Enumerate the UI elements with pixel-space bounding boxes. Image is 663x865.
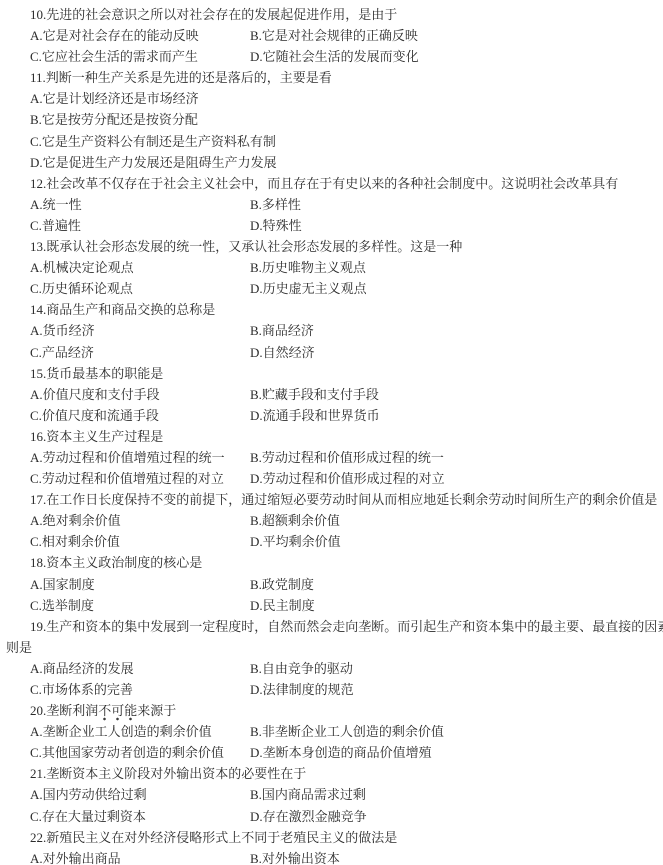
stem-text: 18.资本主义政治制度的核心是 bbox=[30, 555, 202, 570]
question-stem: 21.垄断资本主义阶段对外输出资本的必要性在于 bbox=[6, 763, 663, 784]
question-stem: 13.既承认社会形态发展的统一性，又承认社会形态发展的多样性。这是一种 bbox=[6, 236, 663, 257]
question-20: 20.垄断利润不可能来源于A.垄断企业工人创造的剩余价值B.非垄断企业工人创造的… bbox=[6, 700, 663, 763]
option-row: C.选举制度D.民主制度 bbox=[6, 595, 663, 616]
option-c: C.劳动过程和价值增殖过程的对立 bbox=[30, 468, 250, 489]
option-c: C.普遍性 bbox=[30, 215, 250, 236]
option-c: C.存在大量过剩资本 bbox=[30, 806, 250, 827]
question-14: 14.商品生产和商品交换的总称是A.货币经济B.商品经济C.产品经济D.自然经济 bbox=[6, 299, 663, 362]
option-a: A.统一性 bbox=[30, 194, 250, 215]
question-stem: 22.新殖民主义在对外经济侵略形式上不同于老殖民主义的做法是 bbox=[6, 827, 663, 848]
option-d: D.自然经济 bbox=[250, 345, 315, 360]
option-c: C.选举制度 bbox=[30, 595, 250, 616]
question-21: 21.垄断资本主义阶段对外输出资本的必要性在于A.国内劳动供给过剩B.国内商品需… bbox=[6, 763, 663, 826]
stem-text: 20.垄断利润 bbox=[30, 703, 98, 718]
option-row: B.它是按劳分配还是按资分配 bbox=[6, 109, 663, 130]
question-stem: 16.资本主义生产过程是 bbox=[6, 426, 663, 447]
option-row: A.劳动过程和价值增殖过程的统一B.劳动过程和价值形成过程的统一 bbox=[6, 447, 663, 468]
option-row: C.存在大量过剩资本D.存在激烈金融竞争 bbox=[6, 806, 663, 827]
question-stem: 18.资本主义政治制度的核心是 bbox=[6, 552, 663, 573]
option-a: A.它是对社会存在的能动反映 bbox=[30, 25, 250, 46]
option-a: A.货币经济 bbox=[30, 320, 250, 341]
option-row: D.它是促进生产力发展还是阻碍生产力发展 bbox=[6, 152, 663, 173]
option-row: A.它是对社会存在的能动反映B.它是对社会规律的正确反映 bbox=[6, 25, 663, 46]
stem-text: 12.社会改革不仅存在于社会主义社会中，而且存在于有史以来的各种社会制度中。这说… bbox=[30, 176, 618, 191]
option-a: A.对外输出商品 bbox=[30, 848, 250, 865]
option-b: B.劳动过程和价值形成过程的统一 bbox=[250, 450, 444, 465]
question-17: 17.在工作日长度保持不变的前提下，通过缩短必要劳动时间从而相应地延长剩余劳动时… bbox=[6, 489, 663, 552]
question-10: 10.先进的社会意识之所以对社会存在的发展起促进作用，是由于A.它是对社会存在的… bbox=[6, 4, 663, 67]
emphasis-dots-text: 不可能 bbox=[98, 703, 137, 721]
option-row: A.对外输出商品B.对外输出资本 bbox=[6, 848, 663, 865]
option-row: C.价值尺度和流通手段D.流通手段和世界货币 bbox=[6, 405, 663, 426]
option-c: C.它是生产资料公有制还是生产资料私有制 bbox=[30, 134, 276, 149]
option-d: D.劳动过程和价值形成过程的对立 bbox=[250, 471, 445, 486]
option-b: B.它是按劳分配还是按资分配 bbox=[30, 112, 198, 127]
question-stem-continuation: 则是 bbox=[6, 637, 663, 658]
option-d: D.流通手段和世界货币 bbox=[250, 408, 380, 423]
option-row: A.商品经济的发展B.自由竞争的驱动 bbox=[6, 658, 663, 679]
question-22: 22.新殖民主义在对外经济侵略形式上不同于老殖民主义的做法是A.对外输出商品B.… bbox=[6, 827, 663, 865]
option-b: B.它是对社会规律的正确反映 bbox=[250, 28, 418, 43]
option-d: D.它是促进生产力发展还是阻碍生产力发展 bbox=[30, 155, 277, 170]
option-a: A.商品经济的发展 bbox=[30, 658, 250, 679]
option-a: A.机械决定论观点 bbox=[30, 257, 250, 278]
option-b: B.贮藏手段和支付手段 bbox=[250, 387, 379, 402]
option-row: A.统一性B.多样性 bbox=[6, 194, 663, 215]
option-b: B.对外输出资本 bbox=[250, 851, 340, 865]
option-b: B.自由竞争的驱动 bbox=[250, 661, 353, 676]
option-c: C.历史循环论观点 bbox=[30, 278, 250, 299]
stem-text: 22.新殖民主义在对外经济侵略形式上不同于老殖民主义的做法是 bbox=[30, 830, 397, 845]
option-row: C.普遍性D.特殊性 bbox=[6, 215, 663, 236]
option-a: A.价值尺度和支付手段 bbox=[30, 384, 250, 405]
stem-text: 17.在工作日长度保持不变的前提下，通过缩短必要劳动时间从而相应地延长剩余劳动时… bbox=[30, 492, 657, 507]
option-b: B.国内商品需求过剩 bbox=[250, 787, 366, 802]
stem-text: 10.先进的社会意识之所以对社会存在的发展起促进作用，是由于 bbox=[30, 7, 397, 22]
option-row: C.产品经济D.自然经济 bbox=[6, 342, 663, 363]
option-d: D.平均剩余价值 bbox=[250, 534, 341, 549]
option-row: A.机械决定论观点B.历史唯物主义观点 bbox=[6, 257, 663, 278]
option-row: C.历史循环论观点D.历史虚无主义观点 bbox=[6, 278, 663, 299]
option-c: C.其他国家劳动者创造的剩余价值 bbox=[30, 742, 250, 763]
option-b: B.多样性 bbox=[250, 197, 301, 212]
question-18: 18.资本主义政治制度的核心是A.国家制度B.政党制度C.选举制度D.民主制度 bbox=[6, 552, 663, 615]
stem-text: 19.生产和资本的集中发展到一定程度时，自然而然会走向垄断。而引起生产和资本集中… bbox=[30, 619, 663, 634]
option-a: A.国内劳动供给过剩 bbox=[30, 784, 250, 805]
option-d: D.垄断本身创造的商品价值增殖 bbox=[250, 745, 432, 760]
question-15: 15.货币最基本的职能是A.价值尺度和支付手段B.贮藏手段和支付手段C.价值尺度… bbox=[6, 363, 663, 426]
option-c: C.相对剩余价值 bbox=[30, 531, 250, 552]
option-c: C.价值尺度和流通手段 bbox=[30, 405, 250, 426]
option-b: B.商品经济 bbox=[250, 323, 314, 338]
option-b: B.非垄断企业工人创造的剩余价值 bbox=[250, 724, 444, 739]
question-16: 16.资本主义生产过程是A.劳动过程和价值增殖过程的统一B.劳动过程和价值形成过… bbox=[6, 426, 663, 489]
option-row: A.国家制度B.政党制度 bbox=[6, 574, 663, 595]
option-d: D.存在激烈金融竞争 bbox=[250, 809, 367, 824]
question-19: 19.生产和资本的集中发展到一定程度时，自然而然会走向垄断。而引起生产和资本集中… bbox=[6, 616, 663, 700]
stem-text: 15.货币最基本的职能是 bbox=[30, 366, 163, 381]
option-row: C.市场体系的完善D.法律制度的规范 bbox=[6, 679, 663, 700]
option-d: D.它随社会生活的发展而变化 bbox=[250, 49, 419, 64]
question-stem: 10.先进的社会意识之所以对社会存在的发展起促进作用，是由于 bbox=[6, 4, 663, 25]
question-13: 13.既承认社会形态发展的统一性，又承认社会形态发展的多样性。这是一种A.机械决… bbox=[6, 236, 663, 299]
option-b: B.超额剩余价值 bbox=[250, 513, 340, 528]
option-row: A.国内劳动供给过剩B.国内商品需求过剩 bbox=[6, 784, 663, 805]
option-row: C.它应社会生活的需求而产生D.它随社会生活的发展而变化 bbox=[6, 46, 663, 67]
question-stem: 19.生产和资本的集中发展到一定程度时，自然而然会走向垄断。而引起生产和资本集中… bbox=[6, 616, 663, 637]
option-c: C.市场体系的完善 bbox=[30, 679, 250, 700]
option-row: C.其他国家劳动者创造的剩余价值D.垄断本身创造的商品价值增殖 bbox=[6, 742, 663, 763]
question-12: 12.社会改革不仅存在于社会主义社会中，而且存在于有史以来的各种社会制度中。这说… bbox=[6, 173, 663, 236]
stem-text: 来源于 bbox=[137, 703, 176, 718]
option-c: C.产品经济 bbox=[30, 342, 250, 363]
option-row: C.相对剩余价值D.平均剩余价值 bbox=[6, 531, 663, 552]
question-11: 11.判断一种生产关系是先进的还是落后的，主要是看A.它是计划经济还是市场经济B… bbox=[6, 67, 663, 172]
stem-text: 21.垄断资本主义阶段对外输出资本的必要性在于 bbox=[30, 766, 306, 781]
option-row: A.货币经济B.商品经济 bbox=[6, 320, 663, 341]
option-d: D.特殊性 bbox=[250, 218, 302, 233]
option-d: D.历史虚无主义观点 bbox=[250, 281, 367, 296]
option-d: D.民主制度 bbox=[250, 598, 315, 613]
option-row: C.它是生产资料公有制还是生产资料私有制 bbox=[6, 131, 663, 152]
question-stem: 14.商品生产和商品交换的总称是 bbox=[6, 299, 663, 320]
option-row: A.绝对剩余价值B.超额剩余价值 bbox=[6, 510, 663, 531]
option-row: A.价值尺度和支付手段B.贮藏手段和支付手段 bbox=[6, 384, 663, 405]
option-row: A.垄断企业工人创造的剩余价值B.非垄断企业工人创造的剩余价值 bbox=[6, 721, 663, 742]
question-stem: 11.判断一种生产关系是先进的还是落后的，主要是看 bbox=[6, 67, 663, 88]
stem-text: 14.商品生产和商品交换的总称是 bbox=[30, 302, 215, 317]
option-c: C.它应社会生活的需求而产生 bbox=[30, 46, 250, 67]
option-a: A.劳动过程和价值增殖过程的统一 bbox=[30, 447, 250, 468]
question-stem: 17.在工作日长度保持不变的前提下，通过缩短必要劳动时间从而相应地延长剩余劳动时… bbox=[6, 489, 663, 510]
stem-text: 13.既承认社会形态发展的统一性，又承认社会形态发展的多样性。这是一种 bbox=[30, 239, 462, 254]
option-d: D.法律制度的规范 bbox=[250, 682, 354, 697]
option-a: A.国家制度 bbox=[30, 574, 250, 595]
stem-text: 11.判断一种生产关系是先进的还是落后的，主要是看 bbox=[30, 70, 332, 85]
option-a: A.它是计划经济还是市场经济 bbox=[30, 91, 199, 106]
question-stem: 15.货币最基本的职能是 bbox=[6, 363, 663, 384]
option-b: B.历史唯物主义观点 bbox=[250, 260, 366, 275]
option-row: A.它是计划经济还是市场经济 bbox=[6, 88, 663, 109]
stem-text: 则是 bbox=[6, 640, 32, 655]
question-stem: 20.垄断利润不可能来源于 bbox=[6, 700, 663, 721]
option-b: B.政党制度 bbox=[250, 577, 314, 592]
option-a: A.垄断企业工人创造的剩余价值 bbox=[30, 721, 250, 742]
exam-page: 10.先进的社会意识之所以对社会存在的发展起促进作用，是由于A.它是对社会存在的… bbox=[0, 0, 663, 865]
option-row: C.劳动过程和价值增殖过程的对立D.劳动过程和价值形成过程的对立 bbox=[6, 468, 663, 489]
stem-text: 16.资本主义生产过程是 bbox=[30, 429, 163, 444]
option-a: A.绝对剩余价值 bbox=[30, 510, 250, 531]
question-stem: 12.社会改革不仅存在于社会主义社会中，而且存在于有史以来的各种社会制度中。这说… bbox=[6, 173, 663, 194]
